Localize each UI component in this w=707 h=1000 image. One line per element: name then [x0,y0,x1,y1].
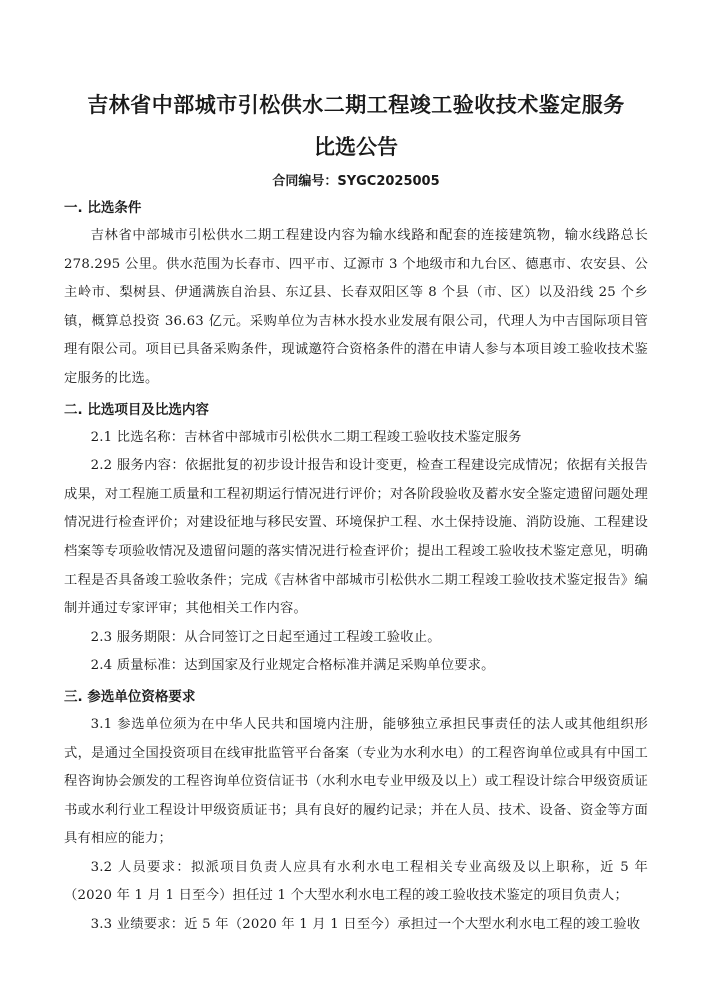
document-page: 吉林省中部城市引松供水二期工程竣工验收技术鉴定服务 比选公告 合同编号：SYGC… [64,88,648,940]
paragraph: 3.3 业绩要求：近 5 年（2020 年 1 月 1 日至今）承担过一个大型水… [64,911,648,940]
section-1: 一. 比选条件 吉林省中部城市引松供水二期工程建设内容为输水线路和配套的连接建筑… [64,194,648,394]
section-heading: 三. 参选单位资格要求 [64,683,648,711]
paragraph: 2.4 质量标准：达到国家及行业规定合格标准并满足采购单位要求。 [64,652,648,681]
section-heading: 二. 比选项目及比选内容 [64,396,648,424]
paragraph: 2.3 服务期限：从合同签订之日起至通过工程竣工验收止。 [64,624,648,653]
paragraph: 3.2 人员要求：拟派项目负责人应具有水利水电工程相关专业高级及以上职称，近 5… [64,854,648,911]
section-3: 三. 参选单位资格要求 3.1 参选单位须为在中华人民共和国境内注册，能够独立承… [64,683,648,940]
paragraph: 2.1 比选名称：吉林省中部城市引松供水二期工程竣工验收技术鉴定服务 [64,424,648,453]
contract-number: 合同编号：SYGC2025005 [64,172,648,192]
section-heading: 一. 比选条件 [64,194,648,222]
paragraph: 吉林省中部城市引松供水二期工程建设内容为输水线路和配套的连接建筑物，输水线路总长… [64,222,648,394]
document-subtitle: 比选公告 [64,130,648,164]
paragraph: 2.2 服务内容：依据批复的初步设计报告和设计变更，检查工程建设完成情况；依据有… [64,452,648,624]
paragraph: 3.1 参选单位须为在中华人民共和国境内注册，能够独立承担民事责任的法人或其他组… [64,711,648,854]
document-title: 吉林省中部城市引松供水二期工程竣工验收技术鉴定服务 [64,88,648,122]
section-2: 二. 比选项目及比选内容 2.1 比选名称：吉林省中部城市引松供水二期工程竣工验… [64,396,648,681]
